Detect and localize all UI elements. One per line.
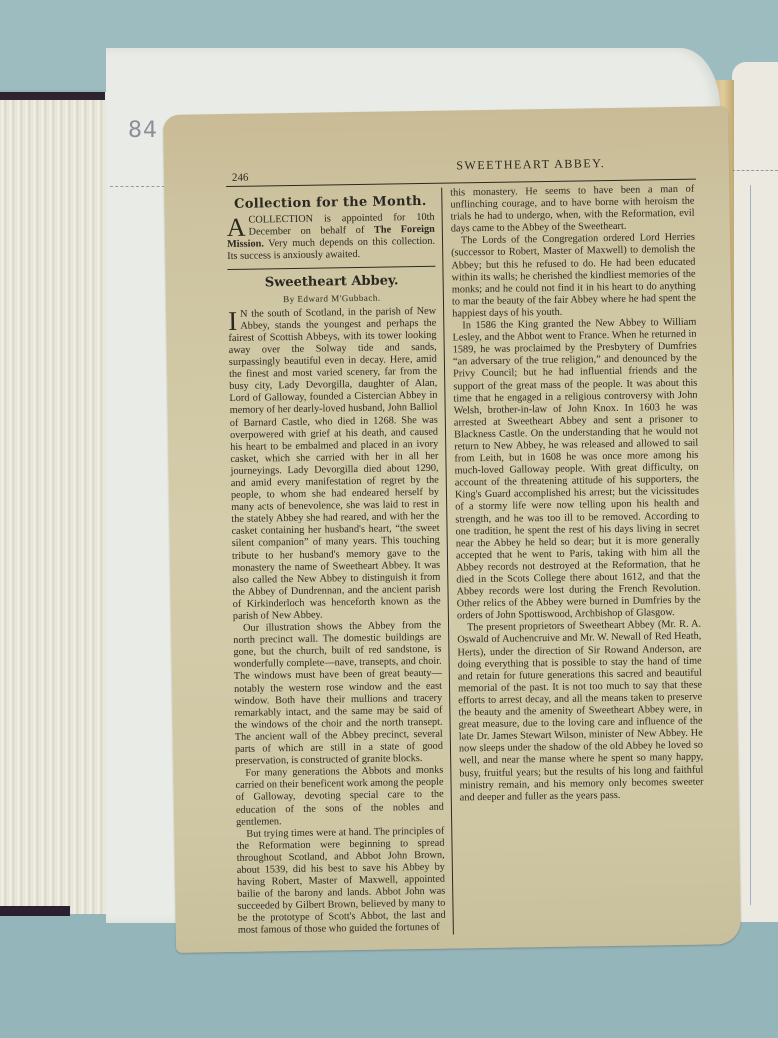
next-album-page [732, 62, 778, 922]
ruled-line [732, 170, 778, 171]
left-column: Collection for the Month. A COLLECTION i… [226, 188, 454, 938]
book-cover-edge [0, 906, 70, 916]
article-paragraph: Our illustration shows the Abbey from th… [233, 620, 443, 768]
article-paragraph: The Lords of the Congregation ordered Lo… [451, 232, 696, 320]
right-column: this monastery. He seems to have been a … [442, 184, 706, 934]
book-page-stack [0, 92, 111, 914]
article-paragraph: IN the south of Scotland, in the parish … [228, 305, 441, 623]
book-cover-edge [0, 92, 105, 100]
notice-dropcap: A [227, 217, 246, 239]
article-paragraph: In 1586 the King granted the New Abbey t… [452, 317, 701, 623]
article-paragraph: this monastery. He seems to have been a … [450, 184, 695, 236]
ruled-line [110, 186, 170, 187]
article-dropcap: I [228, 310, 237, 332]
running-head-title: SWEETHEART ABBEY. [226, 155, 696, 177]
article-paragraph: For many generations the Abbots and monk… [235, 765, 444, 829]
article-paragraph: But trying times were at hand. The princ… [236, 825, 446, 937]
ruled-line [750, 185, 751, 905]
notice-body: A COLLECTION is appointed for 10th Decem… [227, 212, 436, 264]
newspaper-clipping: 246 SWEETHEART ABBEY. Collection for the… [163, 106, 741, 953]
notice-title: Collection for the Month. [226, 196, 434, 211]
article-paragraph: The present proprietors of Sweetheart Ab… [457, 619, 704, 804]
divider [227, 266, 435, 270]
article-byline: By Edward M'Gubbach. [228, 290, 436, 305]
album-page-number: 84 [128, 118, 158, 143]
running-head: 246 SWEETHEART ABBEY. [226, 157, 696, 187]
article-title: Sweetheart Abbey. [228, 275, 436, 290]
